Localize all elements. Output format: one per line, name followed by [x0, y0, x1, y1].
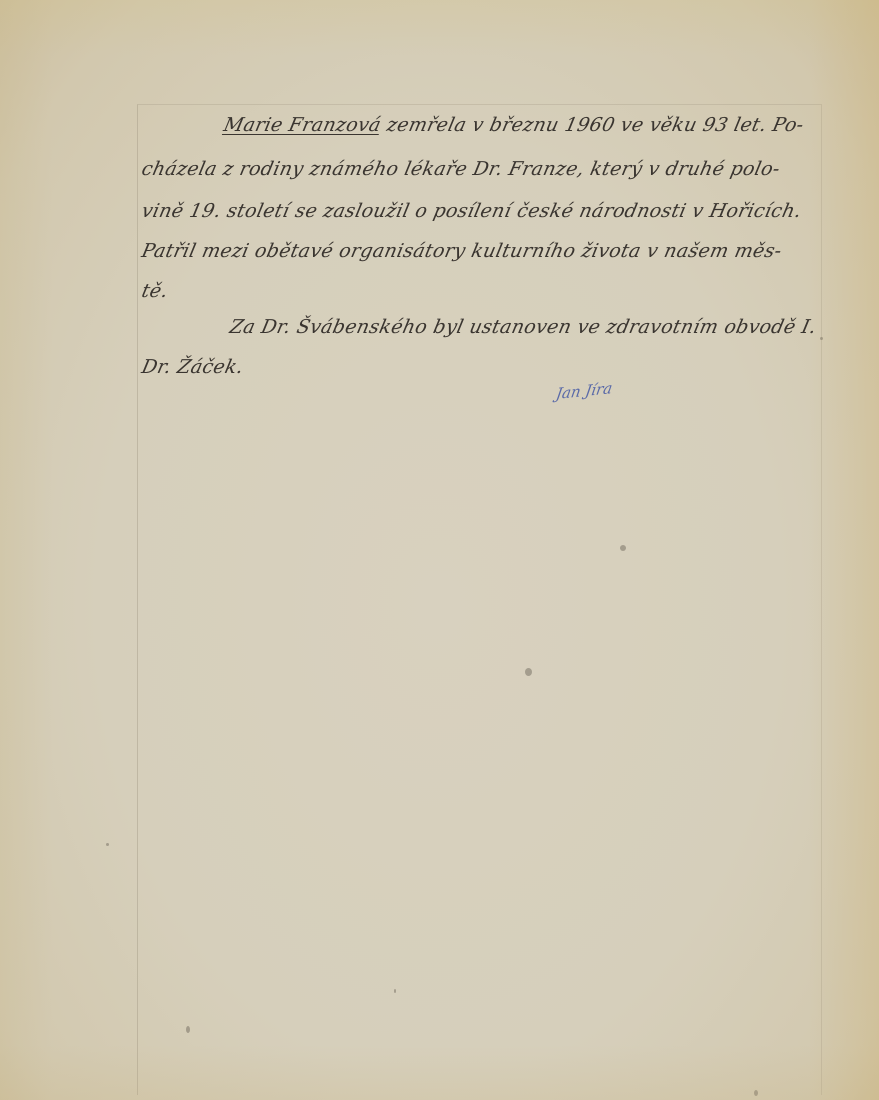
paragraph-1-line-2: cházela z rodiny známého lékaře Dr. Fran…	[140, 158, 782, 180]
paper-speck	[106, 843, 109, 846]
document-page: Marie Franzová zemřela v březnu 1960 ve …	[0, 0, 879, 1100]
paper-speck	[394, 989, 396, 993]
paragraph-1-line-3: vině 19. století se zasloužil o posílení…	[140, 200, 804, 222]
paragraph-1-line-4: Patřil mezi obětavé organisátory kulturn…	[140, 240, 784, 262]
paper-speck	[525, 668, 532, 676]
paragraph-2-line-2: Dr. Žáček.	[140, 356, 246, 378]
paper-speck	[820, 337, 823, 340]
paragraph-1-line-1: Marie Franzová zemřela v březnu 1960 ve …	[222, 114, 806, 136]
paper-speck	[186, 1026, 190, 1033]
paragraph-2-line-1: Za Dr. Švábenského byl ustanoven ve zdra…	[228, 316, 819, 338]
paragraph-1-line-5: tě.	[140, 280, 171, 302]
person-name: Marie Franzová	[222, 114, 383, 136]
paper-speck	[620, 545, 626, 551]
paper-speck	[754, 1090, 758, 1096]
